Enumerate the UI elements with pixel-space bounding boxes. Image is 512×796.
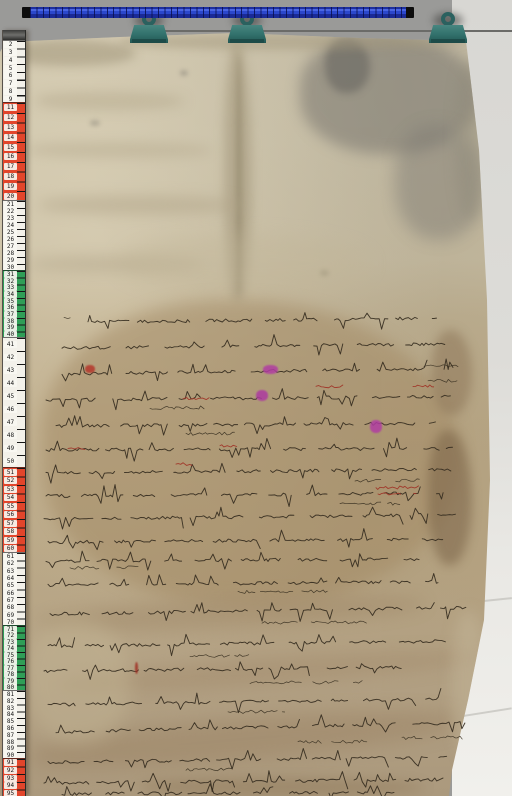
ruler-tick-marks: [17, 759, 25, 796]
red-ink-correction: [316, 385, 343, 389]
ruler-number: 13: [4, 124, 17, 131]
ruler-number: 51: [4, 469, 17, 476]
seal-mark: [263, 365, 278, 374]
ruler-number: 62: [4, 560, 17, 567]
ruler-number: 22: [4, 208, 17, 215]
ruler-number: 12: [4, 114, 17, 121]
ruler-number: 69: [4, 612, 17, 619]
ruler-end-cap: [3, 30, 25, 40]
ruler-number: 17: [4, 163, 17, 170]
interlinear-insertion: [250, 680, 362, 684]
ruler-number: 14: [4, 134, 17, 141]
ruler-number: 2: [4, 41, 17, 48]
vertical-survey-ruler: 2345678911121314151617181920212223242526…: [2, 30, 26, 796]
ruler-number: 53: [4, 486, 17, 493]
text-line: [46, 387, 451, 410]
ruler-band: 21222324252627282930: [3, 200, 25, 270]
ruler-number: 29: [4, 257, 17, 264]
ruler-number: 59: [4, 537, 17, 544]
ruler-number: 56: [4, 511, 17, 518]
text-line: [88, 311, 437, 332]
clip-lip: [132, 39, 166, 43]
text-line: [62, 333, 445, 358]
ruler-number: 20: [4, 193, 17, 200]
ruler-number: 48: [4, 432, 17, 439]
seal-mark: [370, 420, 382, 433]
ruler-number: 23: [4, 215, 17, 222]
text-line: [48, 528, 443, 550]
red-ink-correction: [413, 385, 434, 388]
text-line: [50, 599, 466, 626]
ruler-band: 23456789: [3, 40, 25, 102]
ruler-band: 31323334353637383940: [3, 270, 25, 337]
clip-handle-ring: [441, 12, 455, 26]
interlinear-insertion: [150, 406, 204, 410]
ruler-tick-marks: [17, 103, 25, 200]
ruler-number: 5: [4, 65, 17, 72]
ruler-tick-marks: [17, 41, 25, 102]
red-ink-correction: [183, 398, 209, 400]
red-ink-correction: [220, 445, 237, 447]
ruler-number: 87: [4, 732, 17, 739]
ruler-band: 71727374757677787980: [3, 625, 25, 690]
ruler-number: 86: [4, 725, 17, 732]
interlinear-insertion: [70, 566, 138, 569]
text-line: [48, 631, 446, 657]
interlinear-insertion: [340, 502, 400, 506]
ruler-tick-marks: [17, 201, 25, 270]
ruler-number: 58: [4, 528, 17, 535]
red-ink-correction: [376, 486, 419, 490]
ruler-number: 57: [4, 520, 17, 527]
ruler-tick-marks: [17, 468, 25, 552]
ruler-tick-marks: [17, 626, 25, 690]
clip-body: [130, 25, 168, 43]
seal-mark: [85, 365, 95, 373]
binder-clip: [429, 12, 467, 46]
interlinear-insertion: [402, 736, 462, 740]
ruler-number: 45: [4, 393, 17, 400]
seal-mark: [256, 390, 268, 401]
ruler-number: 6: [4, 72, 17, 79]
text-line: [44, 769, 443, 793]
red-ink-correction: [68, 448, 85, 450]
ruler-number: 95: [4, 790, 17, 796]
text-line: [46, 549, 419, 570]
seal-mark: [135, 662, 138, 674]
ruler-number: 94: [4, 782, 17, 789]
ruler-number: 34: [4, 291, 17, 298]
text-line: [62, 359, 453, 382]
ruler-number: 26: [4, 236, 17, 243]
ruler-number: 92: [4, 767, 17, 774]
text-line: [48, 572, 438, 586]
interlinear-insertion: [298, 740, 367, 744]
photo-of-manuscript: 2345678911121314151617181920212223242526…: [0, 0, 512, 796]
interlinear-insertion: [428, 379, 457, 382]
ruler-number: 7: [4, 80, 17, 87]
interlinear-insertion: [238, 590, 327, 594]
ruler-number: 31: [4, 271, 17, 278]
ruler-number: 81: [4, 691, 17, 698]
ruler-band: 61626364656667686970: [3, 552, 25, 625]
interlinear-insertion: [228, 710, 285, 714]
text-line: [62, 783, 394, 796]
red-ink-correction: [176, 463, 192, 466]
ruler-number: 46: [4, 406, 17, 413]
ruler-number: 64: [4, 575, 17, 582]
interlinear-insertion: [186, 432, 235, 435]
ruler-band: 51525354555657585960: [3, 467, 25, 552]
ruler-number: 27: [4, 243, 17, 250]
ruler-number: 21: [4, 201, 17, 208]
ruler-number: 52: [4, 477, 17, 484]
ruler-number: 54: [4, 494, 17, 501]
ruler-band: 41424344454647484950: [3, 337, 25, 467]
ruler-number: 11: [4, 104, 17, 111]
ruler-number: 18: [4, 173, 17, 180]
clip-body: [429, 25, 467, 43]
ruler-number: 49: [4, 445, 17, 452]
text-line: [46, 438, 453, 462]
ruler-number: 91: [4, 759, 17, 766]
text-line: [44, 505, 456, 530]
text-line: [48, 689, 441, 716]
ruler-number: 47: [4, 419, 17, 426]
ruler-number: 15: [4, 144, 17, 151]
clip-body: [228, 25, 266, 43]
text-line: [46, 461, 451, 483]
ruler-number: 44: [4, 380, 17, 387]
clip-lip: [431, 39, 465, 43]
ruler-tick-marks: [17, 338, 25, 467]
ruler-number: 4: [4, 57, 17, 64]
text-line: [56, 712, 465, 741]
ruler-number: 37: [4, 311, 17, 318]
horizontal-ruler-scale: [30, 7, 406, 18]
ruler-number: 25: [4, 229, 17, 236]
interlinear-insertion: [186, 768, 232, 771]
ruler-number: 43: [4, 367, 17, 374]
ruler-number: 66: [4, 590, 17, 597]
interlinear-insertion: [64, 317, 70, 318]
ruler-number: 82: [4, 698, 17, 705]
interlinear-insertion: [262, 621, 366, 625]
ruler-number: 24: [4, 222, 17, 229]
ruler-number: 55: [4, 503, 17, 510]
ruler-number: 19: [4, 183, 17, 190]
ruler-number: 42: [4, 354, 17, 361]
ruler-band: 81828384858687888990: [3, 690, 25, 758]
ruler-number: 41: [4, 341, 17, 348]
ruler-number: 93: [4, 775, 17, 782]
ruler-band: 9192939495: [3, 758, 25, 796]
ruler-number: 61: [4, 553, 17, 560]
ruler-tick-marks: [17, 553, 25, 625]
ruler-band: 11121314151617181920: [3, 102, 25, 200]
horizontal-blue-ruler: [22, 7, 414, 18]
text-line: [44, 660, 401, 681]
ruler-tick-marks: [17, 691, 25, 758]
text-line: [48, 747, 447, 772]
ruler-number: 63: [4, 568, 17, 575]
ruler-number: 3: [4, 49, 17, 56]
ruler-number: 28: [4, 250, 17, 257]
ruler-number: 65: [4, 582, 17, 589]
text-line: [46, 482, 443, 508]
ruler-number: 8: [4, 88, 17, 95]
ruler-tick-marks: [17, 271, 25, 337]
ruler-number: 67: [4, 597, 17, 604]
interlinear-insertion: [190, 654, 249, 657]
ruler-number: 50: [4, 458, 17, 465]
ruler-number: 68: [4, 604, 17, 611]
interlinear-insertion: [355, 479, 419, 482]
clip-lip: [230, 39, 264, 43]
ruler-number: 16: [4, 153, 17, 160]
